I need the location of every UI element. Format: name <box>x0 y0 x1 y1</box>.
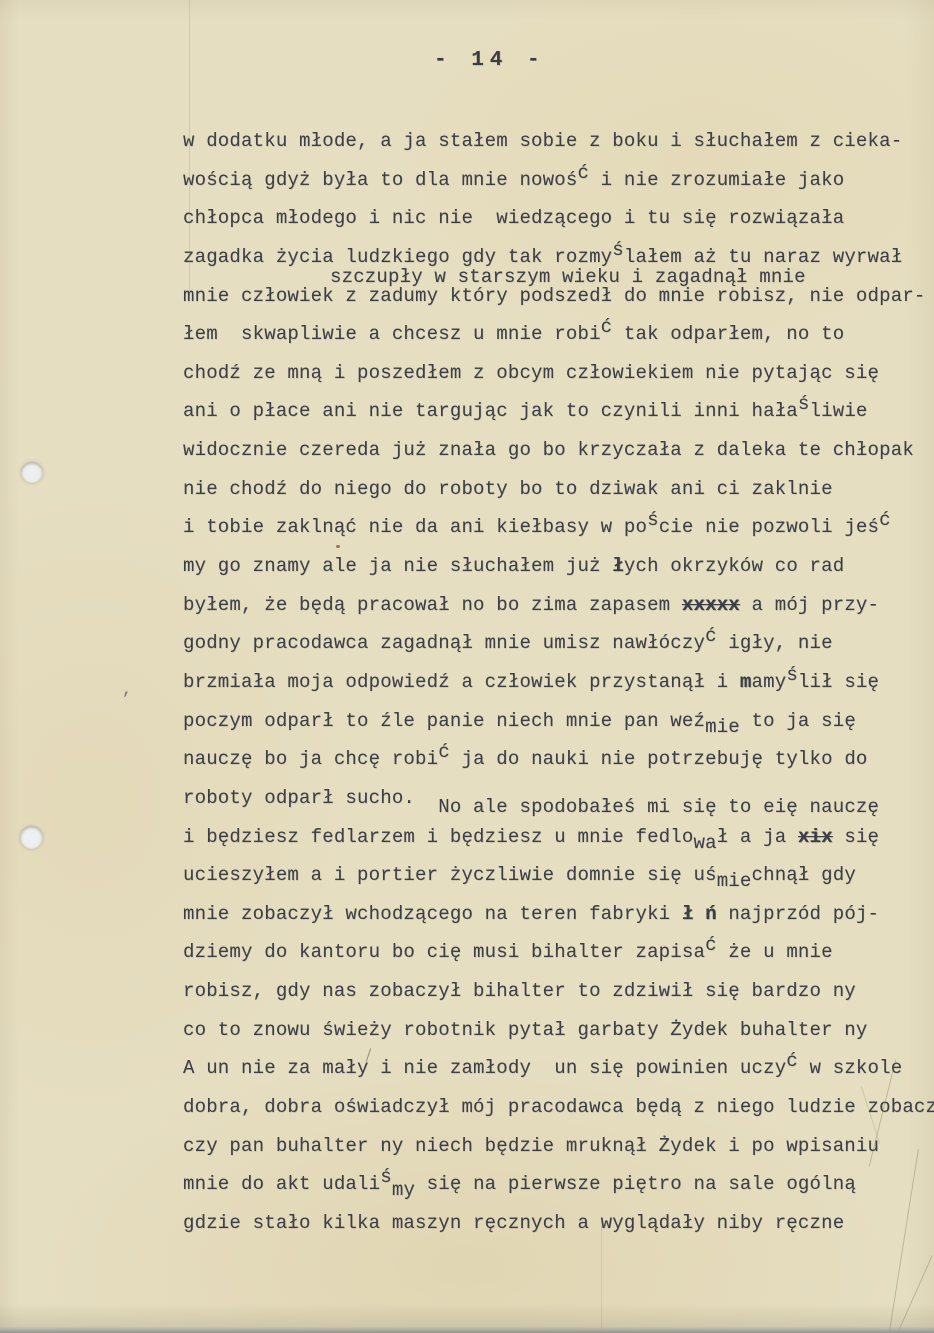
text-line: chodź ze mną i poszedłem z obcym człowie… <box>183 363 879 385</box>
text-line: roboty odparł sucho. No ale spodobałeś m… <box>183 788 879 810</box>
text-line: mnie człowiek z zadumy który podszedł do… <box>183 286 926 308</box>
text-line: mnie zobaczył wchodzącego na teren fabry… <box>183 904 879 926</box>
text-line: ucieszyłem a i portier życzliwie domnie … <box>183 865 856 887</box>
text-line: co to znowu świeży robotnik pytał garbat… <box>183 1020 868 1042</box>
text-line: gdzie stało kilka maszyn ręcznych a wygl… <box>183 1213 844 1235</box>
page-number: - 14 - <box>434 49 546 72</box>
text-line: łem skwapliwie a chcesz u mnie robić tak… <box>183 324 844 346</box>
text-line: i tobie zaklnąć nie da ani kiełbasy w po… <box>183 517 891 539</box>
text-line: my go znamy ale ja nie słuchałem już łyc… <box>183 556 844 578</box>
paper-crease <box>189 0 190 300</box>
punch-hole-bottom <box>20 826 43 849</box>
text-line: w dodatku młode, a ja stałem sobie z bok… <box>183 131 902 153</box>
text-line: ani o płace ani nie targując jak to czyn… <box>183 401 868 423</box>
text-line: robisz, gdy nas zobaczył bihalter to zdz… <box>183 981 856 1003</box>
ink-speck <box>336 545 340 548</box>
text-line: brzmiała moja odpowiedź a człowiek przys… <box>183 672 879 694</box>
text-line: i będziesz fedlarzem i będziesz u mnie f… <box>183 827 879 849</box>
stray-ink-comma: , <box>122 681 132 700</box>
text-line: A un nie za mały i nie zamłody un się po… <box>183 1058 902 1080</box>
text-line: godny pracodawca zagadnął mnie umisz naw… <box>183 633 833 655</box>
text-line: nie chodź do niego do roboty bo to dziwa… <box>183 479 833 501</box>
text-line: dziemy do kantoru bo cię musi bihalter z… <box>183 942 833 964</box>
text-line: byłem, że będą pracował no bo zima zapas… <box>183 595 879 617</box>
text-line: dobra, dobra oświadczył mój pracodawca b… <box>183 1097 934 1119</box>
document-page: - 14 - w dodatku młode, a ja stałem sobi… <box>0 0 934 1333</box>
text-line: mnie do akt udaliśmy się na pierwsze pię… <box>183 1174 856 1196</box>
text-line: widocznie czereda już znała go bo krzycz… <box>183 440 914 462</box>
text-line: czy pan buhalter ny niech będzie mruknął… <box>183 1136 879 1158</box>
page-bottom-edge-shadow <box>0 1303 934 1333</box>
text-line: chłopca młodego i nic nie wiedzącego i t… <box>183 208 844 230</box>
text-line: wością gdyż była to dla mnie nowość i ni… <box>183 170 844 192</box>
text-line: nauczę bo ja chcę robić ja do nauki nie … <box>183 749 868 771</box>
punch-hole-top <box>21 462 43 483</box>
text-line: poczym odparł to źle panie niech mnie pa… <box>183 711 856 733</box>
